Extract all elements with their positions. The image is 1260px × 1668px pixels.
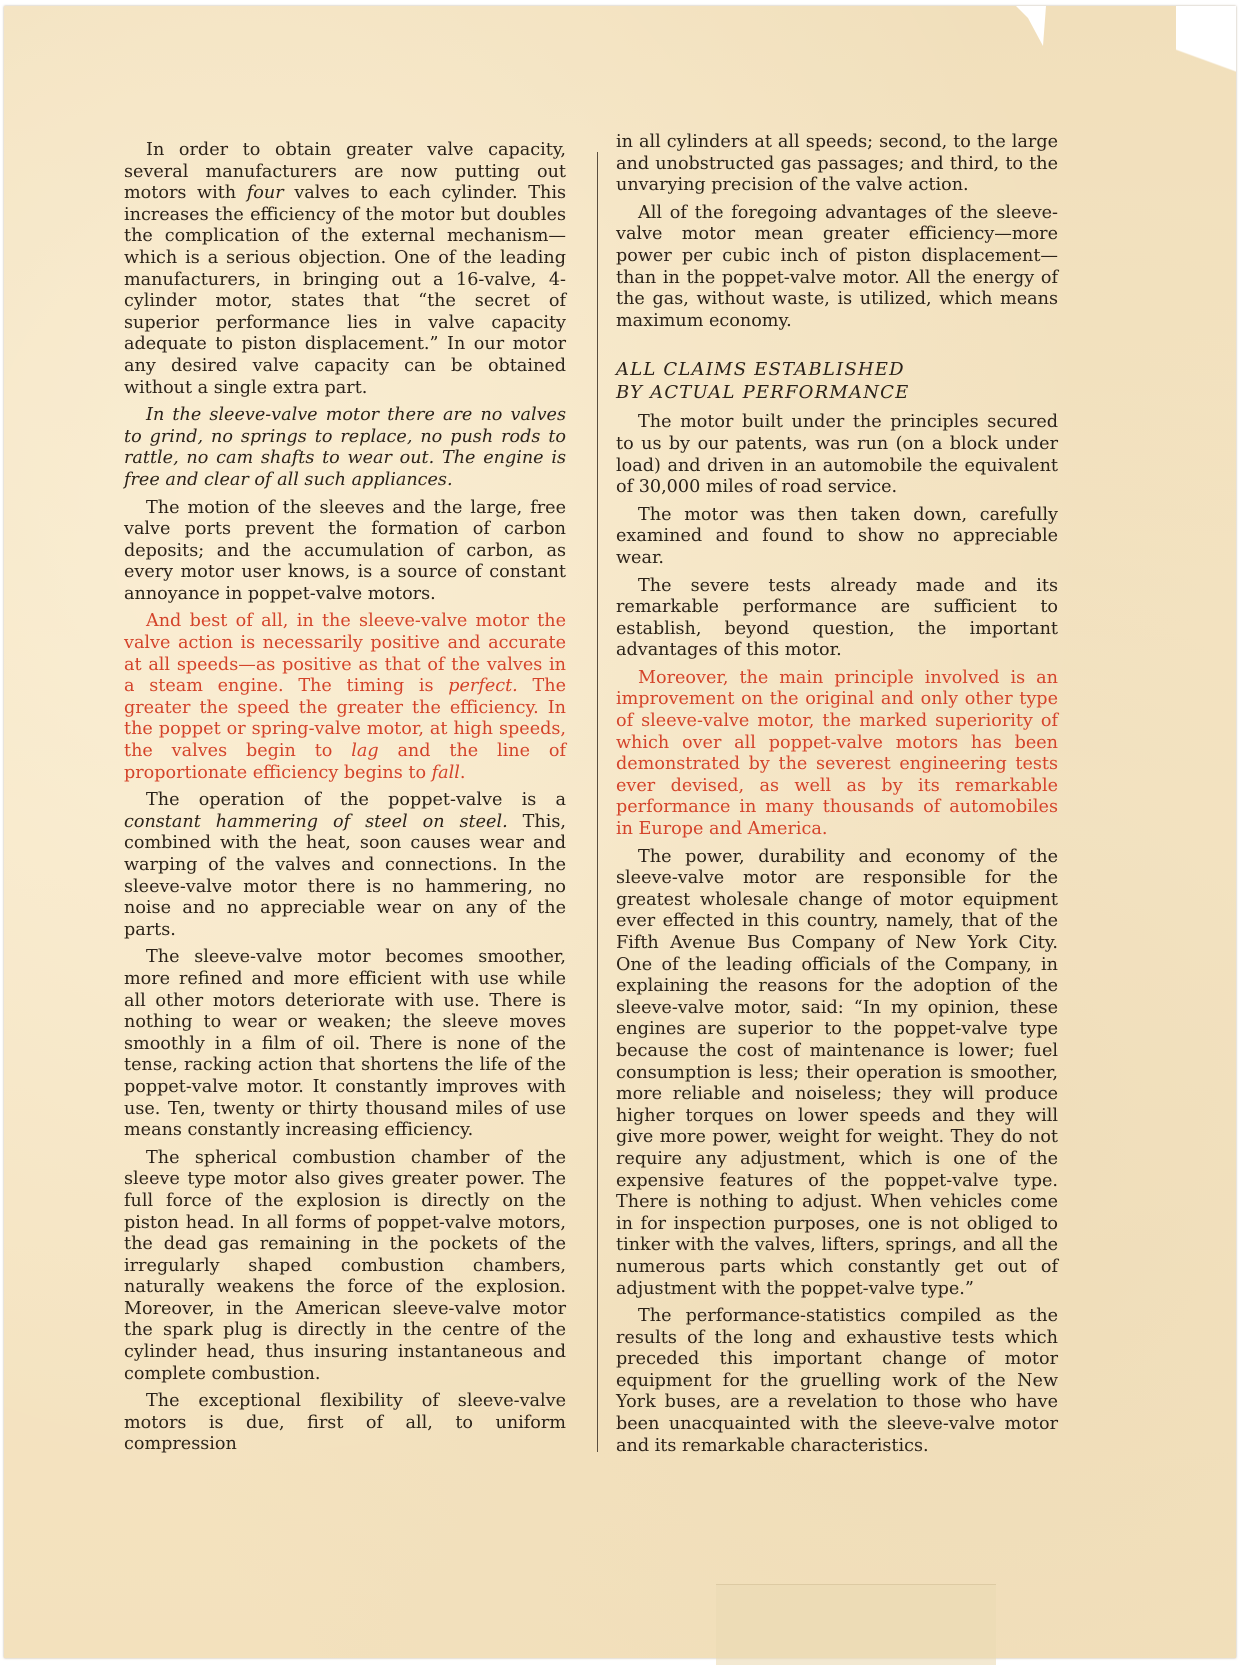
paragraph: The motion of the sleeves and the large,…	[124, 498, 566, 606]
text-run: The spherical combustion chamber of the …	[124, 1148, 566, 1384]
text-run: The performance-statistics compiled as t…	[616, 1306, 1058, 1456]
paragraph: The exceptional flexibility of sleeve-va…	[124, 1391, 566, 1456]
section-heading: ALL CLAIMS ESTABLISHED BY ACTUAL PERFORM…	[616, 358, 1058, 404]
highlighted-paragraph: Moreover, the main principle involved is…	[616, 668, 1058, 841]
section-heading-line2: BY ACTUAL PERFORMANCE	[616, 382, 909, 403]
text-run: In the sleeve-valve motor there are no v…	[124, 405, 566, 490]
paragraph: The severe tests already made and its re…	[616, 576, 1058, 662]
paragraph: The performance-statistics compiled as t…	[616, 1306, 1058, 1457]
text-run: The power, durability and economy of the…	[616, 847, 1058, 1299]
paragraph: In the sleeve-valve motor there are no v…	[124, 405, 566, 491]
tape-patch	[716, 1584, 996, 1665]
text-run: All of the foregoing advantages of the s…	[616, 203, 1058, 331]
right-column-intro: in all cylinders at all speeds; second, …	[616, 132, 1058, 332]
folded-corner	[1176, 6, 1236, 146]
text-run: The operation of the poppet-valve is a	[146, 790, 566, 810]
section-heading-line1: ALL CLAIMS ESTABLISHED	[616, 359, 905, 380]
right-column: in all cylinders at all speeds; second, …	[616, 132, 1058, 1463]
paragraph: All of the foregoing advantages of the s…	[616, 203, 1058, 333]
text-run: The motor built under the principles sec…	[616, 412, 1058, 497]
emphasized-text: fall	[432, 763, 460, 783]
text-run: The exceptional flexibility of sleeve-va…	[124, 1391, 566, 1454]
paragraph: The motor was then taken down, carefully…	[616, 505, 1058, 570]
text-run: valves to each cylinder. This increases …	[124, 183, 566, 397]
paragraph: in all cylinders at all speeds; second, …	[616, 132, 1058, 197]
text-run: The sleeve-valve motor becomes smoother,…	[124, 947, 566, 1140]
column-divider	[597, 152, 598, 1452]
paragraph: In order to obtain greater valve capacit…	[124, 140, 566, 399]
paragraph: The spherical combustion chamber of the …	[124, 1148, 566, 1386]
paragraph: The sleeve-valve motor becomes smoother,…	[124, 947, 566, 1141]
text-run: The motion of the sleeves and the large,…	[124, 498, 566, 604]
paragraph: The power, durability and economy of the…	[616, 847, 1058, 1300]
text-run: in all cylinders at all speeds; second, …	[616, 132, 1058, 195]
text-run: .	[460, 763, 466, 783]
text-run: The severe tests already made and its re…	[616, 576, 1058, 661]
text-run: Moreover, the main principle involved is…	[616, 668, 1058, 839]
torn-edge	[1016, 6, 1046, 46]
right-column-body: The motor built under the principles sec…	[616, 412, 1058, 1457]
emphasized-text: perfect.	[448, 676, 518, 696]
emphasized-text: constant hammering of steel on steel.	[124, 812, 508, 832]
paragraph: The motor built under the principles sec…	[616, 412, 1058, 498]
paragraph: The operation of the poppet-valve is a c…	[124, 790, 566, 941]
left-column: In order to obtain greater valve capacit…	[124, 140, 566, 1462]
text-run: The motor was then taken down, carefully…	[616, 505, 1058, 568]
highlighted-paragraph: And best of all, in the sleeve-valve mot…	[124, 611, 566, 784]
document-page: In order to obtain greater valve capacit…	[4, 6, 1236, 1658]
emphasized-text: four	[247, 183, 284, 203]
emphasized-text: lag	[351, 741, 378, 761]
